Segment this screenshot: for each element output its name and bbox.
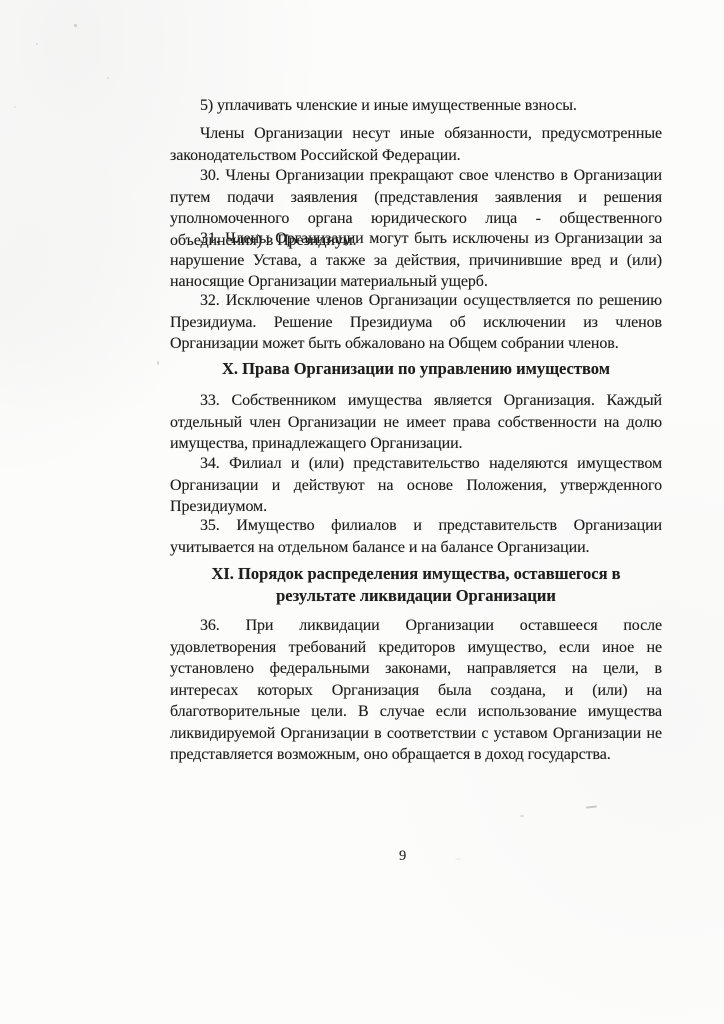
paragraph-members-other-duties: Члены Организации несут иные обязанности… (170, 123, 662, 166)
scan-speck (455, 858, 461, 860)
scan-speck (36, 43, 38, 45)
scan-speck (586, 805, 597, 808)
scan-speck (402, 757, 405, 759)
paragraph-32-exclusion-procedure: 32. Исключение членов Организации осущес… (170, 290, 662, 355)
scan-speck (520, 815, 524, 817)
paragraph-33-property-owner: 33. Собственником имущества является Орг… (170, 390, 662, 455)
page-number: 9 (399, 848, 406, 865)
scan-speck (107, 77, 109, 79)
scan-speck (74, 24, 77, 27)
paragraph-36-liquidation-distribution: 36. При ликвидации Организации оставшеес… (170, 615, 662, 766)
paragraph-35-branch-balance: 35. Имущество филиалов и представительст… (170, 515, 662, 558)
paragraph-34-branch-property: 34. Филиал и (или) представительство над… (170, 453, 662, 518)
list-item-membership-fees: 5) уплачивать членские и иные имуществен… (170, 95, 662, 117)
section-heading-x-property-rights: X. Права Организации по управлению имуще… (170, 358, 662, 380)
scan-speck (157, 361, 159, 365)
scan-speck (233, 347, 236, 351)
scan-speck (14, 106, 16, 108)
section-heading-xi-liquidation-property: XI. Порядок распределения имущества, ост… (170, 563, 662, 606)
paragraph-31-member-exclusion-grounds: 31. Члены Организации могут быть исключе… (170, 228, 662, 293)
scanned-charter-page: 5) уплачивать членские и иные имуществен… (0, 0, 724, 1024)
